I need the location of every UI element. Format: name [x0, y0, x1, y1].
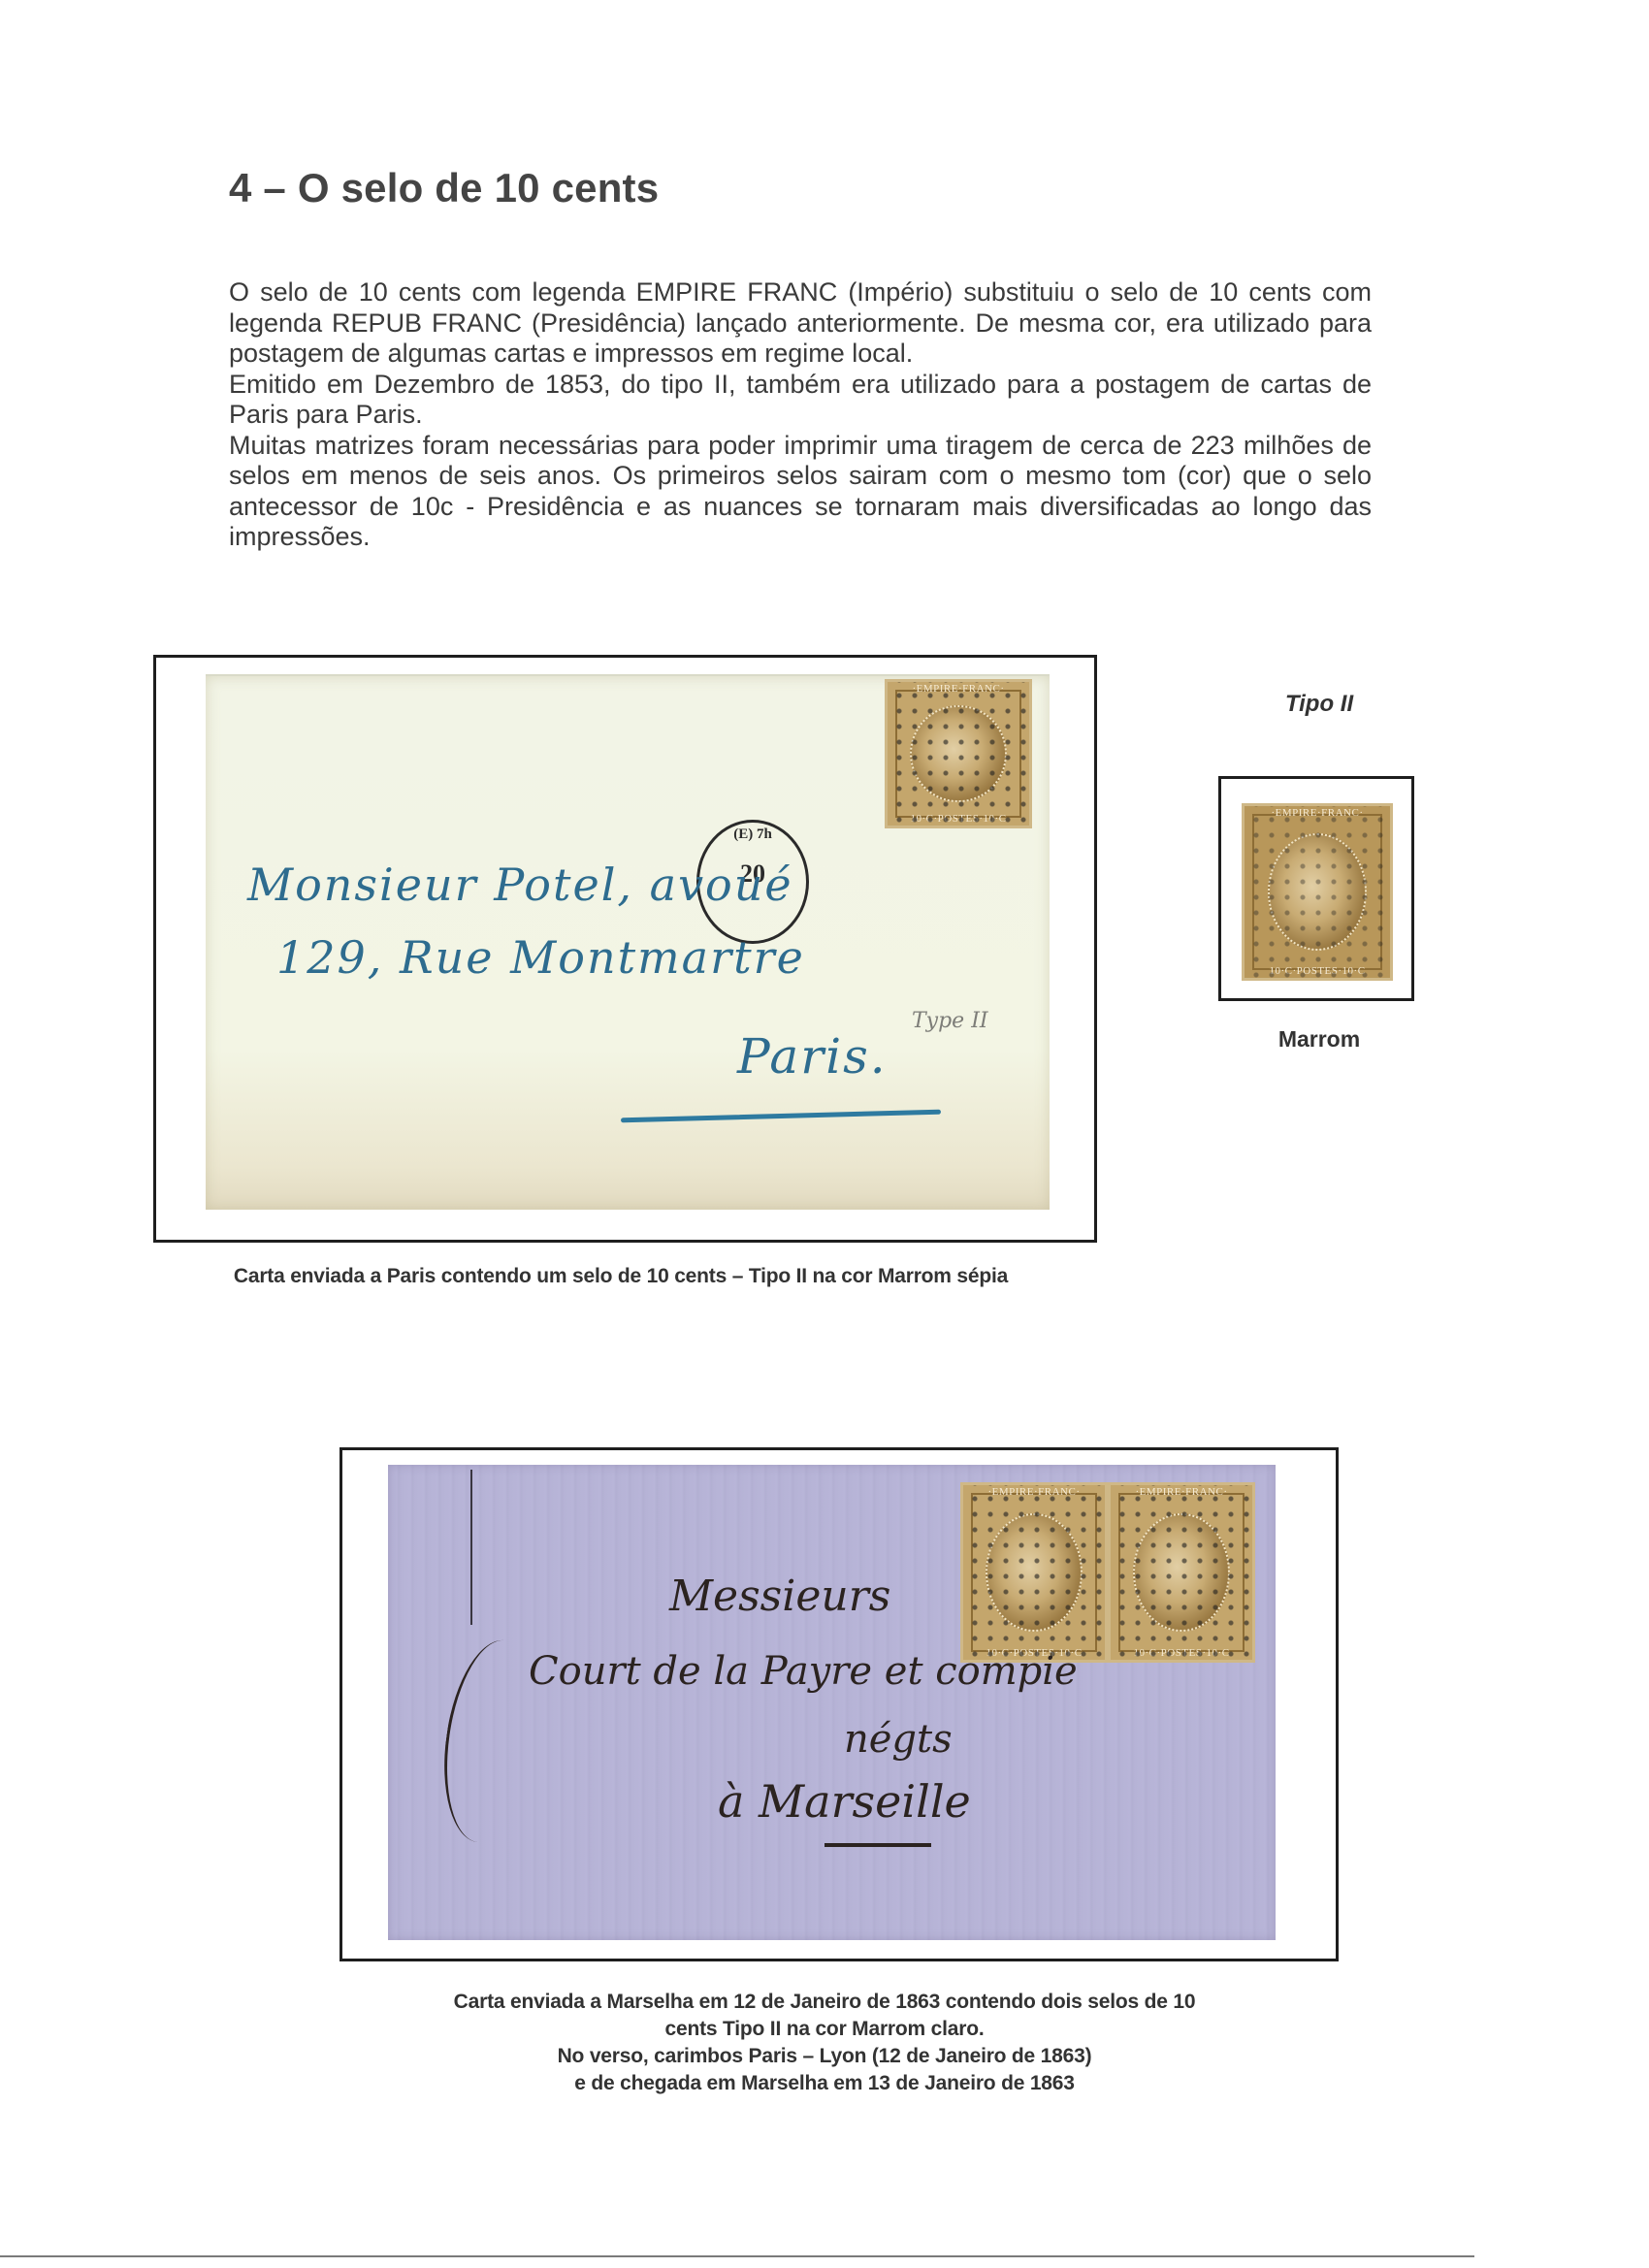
cover-2-stamp-right: ·EMPIRE·FRANC· 10·C·POSTES·10·C: [1108, 1482, 1255, 1663]
sample-stamp: ·EMPIRE·FRANC· 10·C·POSTES·10·C: [1242, 803, 1393, 981]
intro-paragraph-2: Emitido em Dezembro de 1853, do tipo II,…: [229, 370, 1372, 431]
cover-2-address-line: négts: [844, 1717, 953, 1762]
cover-2-address-line: à Marseille: [718, 1775, 971, 1828]
cover-2-caption-line: No verso, carimbos Paris – Lyon (12 de J…: [330, 2043, 1319, 2070]
cover-2-address-line: Court de la Payre et compie: [529, 1649, 1078, 1694]
page-bottom-edge: [0, 2255, 1474, 2257]
intro-paragraph-3: Muitas matrizes foram necessárias para p…: [229, 431, 1372, 553]
dotted-cancel-icon: [963, 1485, 1105, 1660]
cover-2-stamp-left: ·EMPIRE·FRANC· 10·C·POSTES·10·C: [960, 1482, 1108, 1663]
intro-text: O selo de 10 cents com legenda EMPIRE FR…: [229, 277, 1372, 553]
cover-2-caption-line: Carta enviada a Marselha em 12 de Janeir…: [330, 1989, 1319, 2016]
cover-1-address-line: 129, Rue Montmartre: [276, 931, 805, 984]
cover-1-stamp: ·EMPIRE·FRANC· 10·C·POSTES·10·C: [885, 679, 1032, 828]
intro-paragraph-1: O selo de 10 cents com legenda EMPIRE FR…: [229, 277, 1372, 370]
dotted-cancel-icon: [1111, 1485, 1252, 1660]
cover-1-address-line: Monsieur Potel, avoué: [247, 859, 793, 911]
postmark-time: (E) 7h: [699, 826, 806, 843]
cover-2-caption-line: cents Tipo II na cor Marrom claro.: [330, 2016, 1319, 2043]
cover-2-caption-line: e de chegada em Marselha em 13 de Janeir…: [330, 2070, 1319, 2097]
cover-2-address-line: Messieurs: [669, 1571, 890, 1621]
cover-2-ink-underline: [824, 1843, 931, 1847]
page-title: 4 – O selo de 10 cents: [229, 165, 659, 211]
sample-stamp-color-label: Marrom: [1251, 1026, 1387, 1053]
cover-1-address-line: Paris.: [737, 1028, 888, 1085]
sample-stamp-type-label: Tipo II: [1251, 691, 1387, 718]
cover-1-pencil-note: Type II: [912, 1009, 988, 1033]
dotted-cancel-icon: [1245, 806, 1390, 978]
cover-1-caption: Carta enviada a Paris contendo um selo d…: [136, 1263, 1106, 1290]
cover-2-caption: Carta enviada a Marselha em 12 de Janeir…: [330, 1989, 1319, 2097]
cover-2-fold-line: [470, 1470, 472, 1625]
dotted-cancel-icon: [888, 682, 1029, 826]
